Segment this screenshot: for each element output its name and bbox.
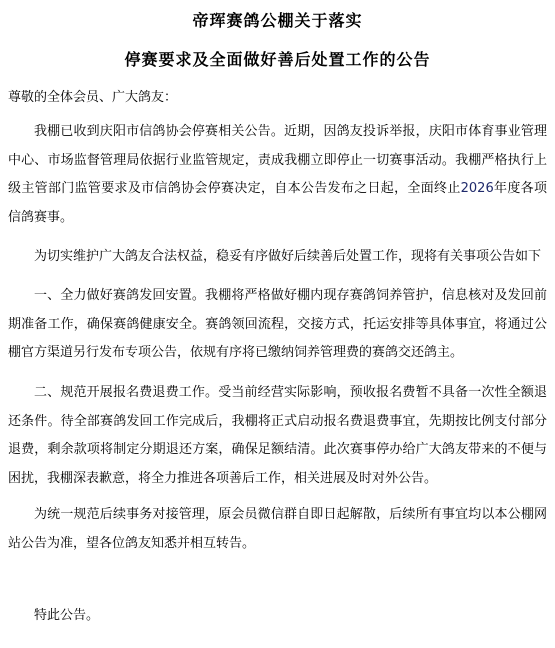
paragraph-pigeon-return: 一、全力做好赛鸽发回安置。我棚将严格做好棚内现存赛鸽饲养管护，信息核对及发回前期… xyxy=(8,282,547,368)
salutation: 尊敬的全体会员、广大鸽友： xyxy=(8,89,177,107)
paragraph-fee-refund: 二、规范开展报名费退费工作。受当前经营实际影响，预收报名费暂不具备一次性全额退还… xyxy=(8,379,547,494)
closing-statement: 特此公告。 xyxy=(34,607,99,625)
paragraph-wechat-group-dissolution: 为统一规范后续事务对接管理，原会员微信群自即日起解散，后续所有事宜均以本公棚网站… xyxy=(8,501,547,558)
paragraph-suspension-notice: 我棚已收到庆阳市信鸽协会停赛相关公告。近期，因鸽友投诉举报，庆阳市体育事业管理中… xyxy=(8,118,547,233)
paragraph-intro-matters: 为切实维护广大鸽友合法权益，稳妥有序做好后续善后处置工作，现将有关事项公告如下 xyxy=(8,243,547,272)
announcement-title-line-1: 帝珲赛鸽公棚关于落实 xyxy=(0,11,555,31)
season-year: 2026 xyxy=(461,181,494,196)
announcement-title-line-2: 停赛要求及全面做好善后处置工作的公告 xyxy=(0,50,555,70)
